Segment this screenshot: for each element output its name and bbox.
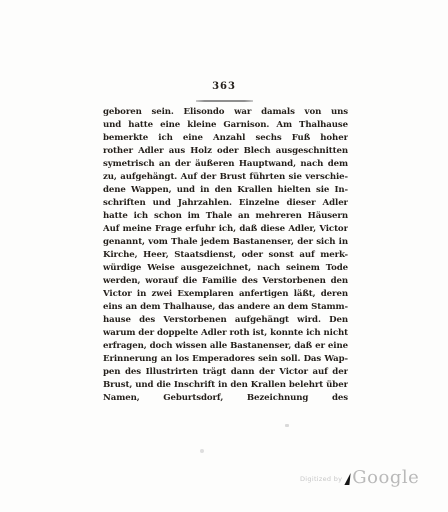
cursor-icon [345, 473, 351, 485]
text-line: symetrisch an der äußeren Hauptwand, nac… [103, 158, 348, 171]
text-line: würdige Weise ausgezeichnet, nach seinem… [103, 262, 348, 275]
text-line: rother Adler aus Holz oder Blech ausgesc… [103, 145, 348, 158]
text-line: dene Wappen, und in den Krallen hielten … [103, 184, 348, 197]
digitized-by-google-watermark: Digitized by Google [300, 462, 430, 488]
text-line: genannt, vom Thale jedem Bastanenser, de… [103, 236, 348, 249]
book-page-scan: 363 geboren sein. Elisondo war damals vo… [0, 0, 448, 512]
text-line: Auf meine Frage erfuhr ich, daß diese Ad… [103, 223, 348, 236]
text-line: Kirche, Heer, Staatsdienst, oder sonst a… [103, 249, 348, 262]
digitized-by-label: Digitized by [300, 475, 342, 488]
text-line: eins an dem Thalhause, das andere an dem… [103, 301, 348, 314]
text-line: Brust, und die Inschrift in den Krallen … [103, 379, 348, 392]
text-line: Victor in zwei Exemplaren anfertigen läß… [103, 288, 348, 301]
text-line: Erinnerung an los Emperadores sein soll.… [103, 353, 348, 366]
text-line: pen des Illustrirten trägt dann der Vict… [103, 366, 348, 379]
scan-noise-speck [285, 424, 289, 427]
page-number: 363 [0, 81, 448, 92]
google-logo: Google [352, 469, 419, 488]
text-line: bemerkte ich eine Anzahl sechs Fuß hoher… [103, 132, 348, 145]
text-line: geboren sein. Elisondo war damals von un… [103, 106, 348, 119]
scan-noise-speck [200, 449, 204, 453]
text-line: warum der doppelte Adler roth ist, konnt… [103, 327, 348, 340]
text-line: zu, aufgehängt. Auf der Brust führten si… [103, 171, 348, 184]
text-line: hause des Verstorbenen aufgehängt wird. … [103, 314, 348, 327]
text-line: hatte ich schon im Thale an mehreren Häu… [103, 210, 348, 223]
text-line: Namen, Geburtsdorf, Bezeichnung des Stam… [103, 392, 348, 405]
text-line: und hatte eine kleine Garnison. Am Thalh… [103, 119, 348, 132]
body-text-block: geboren sein. Elisondo war damals von un… [103, 106, 348, 405]
page-number-rule [196, 100, 253, 102]
text-line: erfragen, doch wissen alle Bastanenser, … [103, 340, 348, 353]
text-line: schriften und Jahrzahlen. Einzelne diese… [103, 197, 348, 210]
text-line: werden, worauf die Familie des Verstorbe… [103, 275, 348, 288]
